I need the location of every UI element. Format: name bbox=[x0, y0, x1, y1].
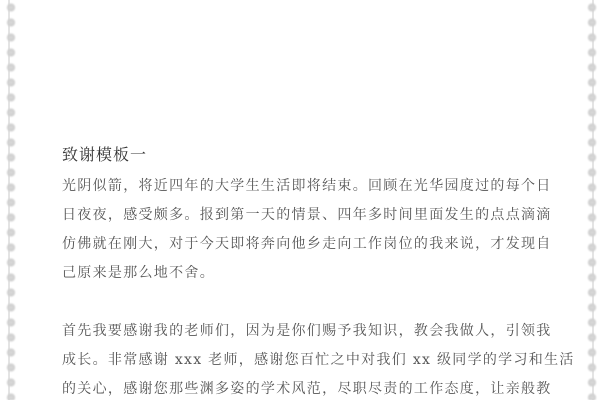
paragraph-line: 的关心，感谢您那些渊多姿的学术风范，尽职尽责的工作态度，让亲般教 bbox=[62, 375, 562, 400]
paragraph-line: 仿佛就在刚大，对于今天即将奔向他乡走向工作岗位的我来说，才发现自 bbox=[62, 230, 562, 259]
paragraph-line: 首先我要感谢我的老师们，因为是你们赐予我知识，教会我做人，引领我 bbox=[62, 317, 562, 346]
right-scalloped-border bbox=[587, 0, 597, 400]
paragraph-gap bbox=[62, 288, 562, 317]
paragraph-line: 成长。非常感谢 xxx 老师，感谢您百忙之中对我们 xx 级同学的学习和生活 bbox=[62, 346, 562, 375]
document-title: 致谢模板一 bbox=[62, 144, 562, 166]
document-content: 致谢模板一 光阴似箭，将近四年的大学生生活即将结束。回顾在光华园度过的每个日 日… bbox=[62, 144, 562, 400]
paragraph-2: 首先我要感谢我的老师们，因为是你们赐予我知识，教会我做人，引领我 成长。非常感谢… bbox=[62, 317, 562, 400]
paragraph-line: 光阴似箭，将近四年的大学生生活即将结束。回顾在光华园度过的每个日 bbox=[62, 172, 562, 201]
left-scalloped-border bbox=[6, 0, 16, 400]
paragraph-line: 日夜夜，感受颇多。报到第一天的情景、四年多时间里面发生的点点滴滴 bbox=[62, 201, 562, 230]
paragraph-line: 己原来是那么地不舍。 bbox=[62, 259, 562, 288]
document-page: 致谢模板一 光阴似箭，将近四年的大学生生活即将结束。回顾在光华园度过的每个日 日… bbox=[0, 0, 600, 400]
paragraph-1: 光阴似箭，将近四年的大学生生活即将结束。回顾在光华园度过的每个日 日夜夜，感受颇… bbox=[62, 172, 562, 288]
